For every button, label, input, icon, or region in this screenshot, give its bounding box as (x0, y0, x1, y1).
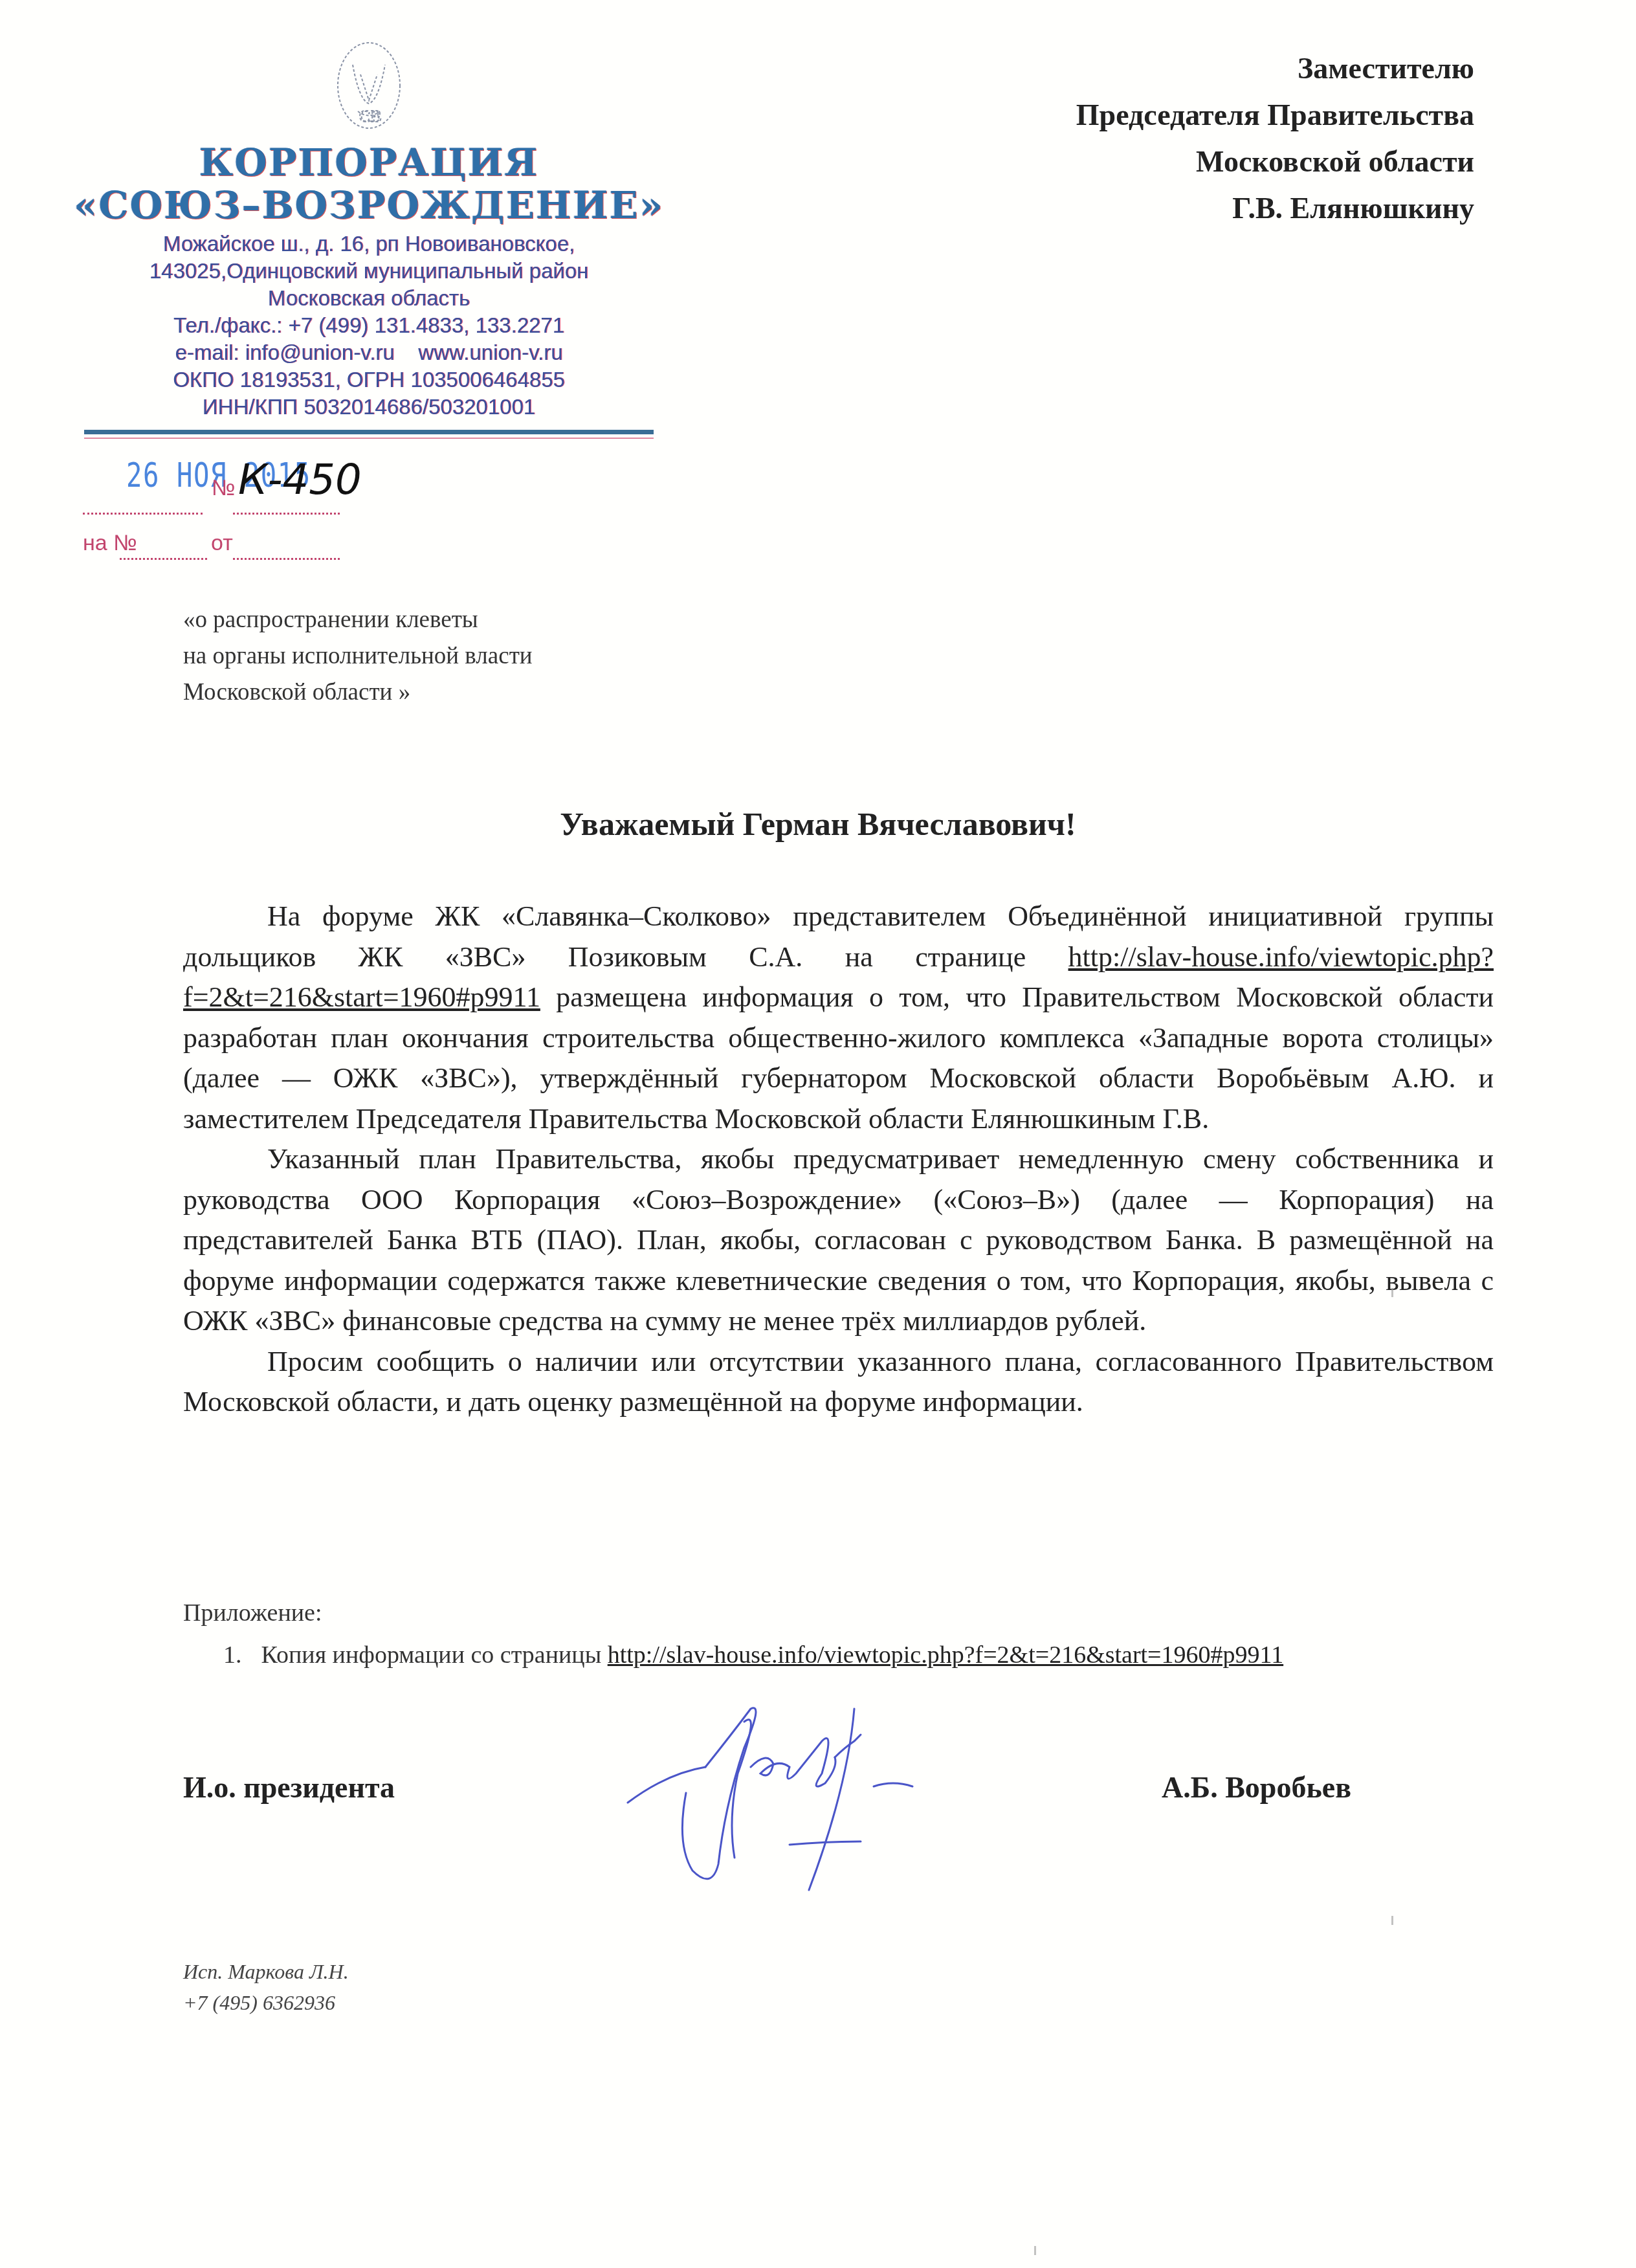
addressee-line: Председателя Правительства (1076, 92, 1474, 139)
body-paragraph-3: Просим сообщить о наличии или отсутствии… (183, 1342, 1494, 1423)
address-line: 143025,Одинцовский муниципальный район (71, 258, 667, 285)
letterhead-divider-thin (84, 438, 654, 439)
attachment-link[interactable]: http://slav-house.info/viewtopic.php?f=2… (608, 1641, 1283, 1669)
scan-speck (1034, 2246, 1036, 2255)
from-dotted-line (233, 558, 340, 560)
addressee-line: Заместителю (1076, 45, 1474, 92)
date-dotted-line (83, 513, 203, 515)
salutation: Уважаемый Герман Вячеславович! (0, 805, 1636, 843)
executor-block: Исп. Маркова Л.Н. +7 (495) 6362936 (183, 1956, 349, 2018)
scan-speck (1391, 1288, 1393, 1297)
body-paragraph-1: На форуме ЖК «Славянка–Сколково» предста… (183, 896, 1494, 1139)
subject-line: на органы исполнительной власти (183, 638, 533, 674)
corporation-name-line1: КОРПОРАЦИЯ (71, 141, 667, 184)
okpo-ogrn-line: ОКПО 18193531, ОГРН 1035006464855 (71, 366, 667, 394)
reply-to-label: на № (83, 531, 137, 556)
addressee-line: Московской области (1076, 139, 1474, 185)
handwritten-signature-icon (615, 1696, 1107, 1896)
scan-speck (1391, 1916, 1393, 1925)
subject-line: Московской области » (183, 674, 533, 711)
corporation-emblem-icon: СВ (333, 39, 404, 136)
from-label: от (211, 531, 233, 556)
svg-text:СВ: СВ (359, 107, 382, 126)
attachment-item: 1.Копия информации со страницы http://sl… (223, 1641, 1283, 1669)
signatory-name: А.Б. Воробьев (1162, 1770, 1351, 1805)
letterhead: СВ КОРПОРАЦИЯ «СОЮЗ–ВОЗРОЖДЕНИЕ» Можайск… (71, 26, 667, 421)
attachment-text: Копия информации со страницы (261, 1641, 608, 1669)
body-paragraph-2: Указанный план Правительства, якобы пред… (183, 1139, 1494, 1342)
letter-body: На форуме ЖК «Славянка–Сколково» предста… (183, 896, 1494, 1423)
number-label: № (212, 476, 235, 501)
executor-phone: +7 (495) 6362936 (183, 1987, 349, 2018)
email-website-line: e-mail: info@union-v.ru www.union-v.ru (71, 339, 667, 366)
address-line: Можайское ш., д. 16, рп Новоивановское, (71, 230, 667, 258)
attachment-number: 1. (223, 1641, 242, 1669)
registration-number: К-450 (238, 456, 362, 504)
inn-kpp-line: ИНН/КПП 5032014686/503201001 (71, 394, 667, 421)
address-line: Московская область (71, 285, 667, 312)
subject-line: «о распространении клеветы (183, 602, 533, 638)
letterhead-divider (84, 430, 654, 434)
attachment-label: Приложение: (183, 1599, 322, 1627)
number-dotted-line (233, 513, 340, 515)
subject-block: «о распространении клеветы на органы исп… (183, 602, 533, 711)
reply-to-dotted-line (120, 558, 207, 560)
signatory-title: И.о. президента (183, 1770, 395, 1805)
executor-name: Исп. Маркова Л.Н. (183, 1956, 349, 1987)
addressee-block: Заместителю Председателя Правительства М… (1076, 45, 1474, 232)
corporation-name-line2: «СОЮЗ–ВОЗРОЖДЕНИЕ» (71, 184, 667, 227)
phone-fax-line: Тел./факс.: +7 (499) 131.4833, 133.2271 (71, 312, 667, 339)
addressee-name: Г.В. Елянюшкину (1076, 185, 1474, 232)
